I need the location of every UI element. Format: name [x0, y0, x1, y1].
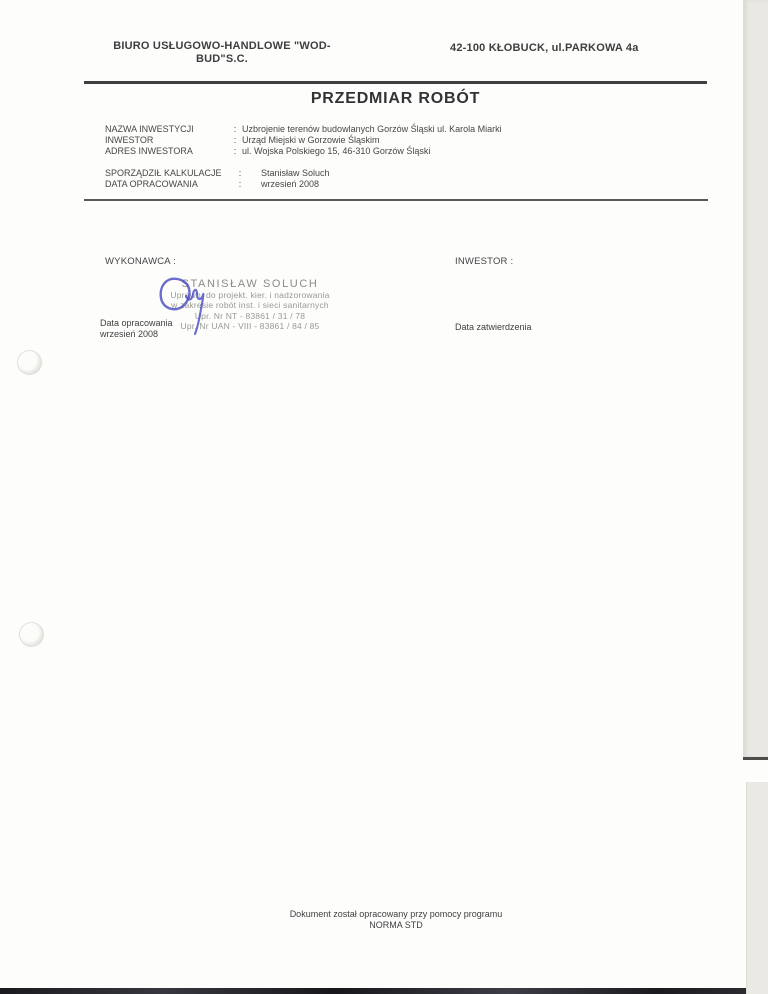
preparation-date-value: wrzesień 2008	[100, 329, 173, 340]
detail-label: DATA OPRACOWANIA	[105, 179, 233, 190]
company-name-line1: BIURO USŁUGOWO-HANDLOWE "WOD-	[103, 40, 341, 53]
detail-label: INWESTOR	[105, 135, 228, 146]
detail-row: SPORZĄDZIŁ KALKULACJE : Stanisław Soluch	[105, 168, 665, 179]
preparation-details: SPORZĄDZIŁ KALKULACJE : Stanisław Soluch…	[105, 168, 665, 190]
scanned-document-page: BIURO USŁUGOWO-HANDLOWE "WOD- BUD"S.C. 4…	[0, 0, 768, 994]
contractor-label: WYKONAWCA :	[105, 256, 176, 267]
investment-details: NAZWA INWESTYCJI : Uzbrojenie terenów bu…	[105, 124, 665, 156]
approval-date-label: Data zatwierdzenia	[455, 322, 532, 332]
detail-value: Stanisław Soluch	[247, 168, 665, 179]
document-title: PRZEDMIAR ROBÓT	[84, 90, 707, 108]
preparation-date-block: Data opracowania wrzesień 2008	[100, 318, 173, 340]
preparation-date-label: Data opracowania	[100, 318, 173, 329]
scanner-edge-strip-bottom	[746, 782, 768, 994]
detail-value: wrzesień 2008	[247, 179, 665, 190]
detail-row: INWESTOR : Urząd Miejski w Gorzowie Śląs…	[105, 135, 665, 146]
company-name: BIURO USŁUGOWO-HANDLOWE "WOD- BUD"S.C.	[103, 40, 341, 66]
detail-row: NAZWA INWESTYCJI : Uzbrojenie terenów bu…	[105, 124, 665, 135]
detail-value: Uzbrojenie terenów budowlanych Gorzów Śl…	[242, 124, 665, 135]
detail-label: ADRES INWESTORA	[105, 146, 228, 157]
detail-separator: :	[233, 168, 247, 179]
detail-row: ADRES INWESTORA : ul. Wojska Polskiego 1…	[105, 146, 665, 157]
scanner-edge-dark-line	[743, 757, 768, 760]
investor-label: INWESTOR :	[455, 256, 513, 267]
footer-line2: NORMA STD	[84, 920, 708, 931]
detail-separator: :	[228, 135, 242, 146]
detail-separator: :	[228, 124, 242, 135]
detail-label: NAZWA INWESTYCJI	[105, 124, 228, 135]
horizontal-rule-details	[84, 199, 708, 201]
company-address: 42-100 KŁOBUCK, ul.PARKOWA 4a	[450, 42, 690, 54]
detail-separator: :	[228, 146, 242, 157]
hole-punch-bottom	[20, 623, 43, 646]
scan-bottom-black-bar	[0, 988, 746, 994]
detail-separator: :	[233, 179, 247, 190]
detail-value: ul. Wojska Polskiego 15, 46-310 Gorzów Ś…	[242, 146, 665, 157]
detail-value: Urząd Miejski w Gorzowie Śląskim	[242, 135, 665, 146]
footer-line1: Dokument został opracowany przy pomocy p…	[84, 909, 708, 920]
company-name-line2: BUD"S.C.	[103, 53, 341, 66]
footer-note: Dokument został opracowany przy pomocy p…	[84, 909, 708, 931]
horizontal-rule-header	[84, 81, 707, 84]
hole-punch-top	[18, 351, 41, 374]
detail-label: SPORZĄDZIŁ KALKULACJE	[105, 168, 233, 179]
detail-row: DATA OPRACOWANIA : wrzesień 2008	[105, 179, 665, 190]
scanner-edge-strip-top	[743, 0, 768, 758]
